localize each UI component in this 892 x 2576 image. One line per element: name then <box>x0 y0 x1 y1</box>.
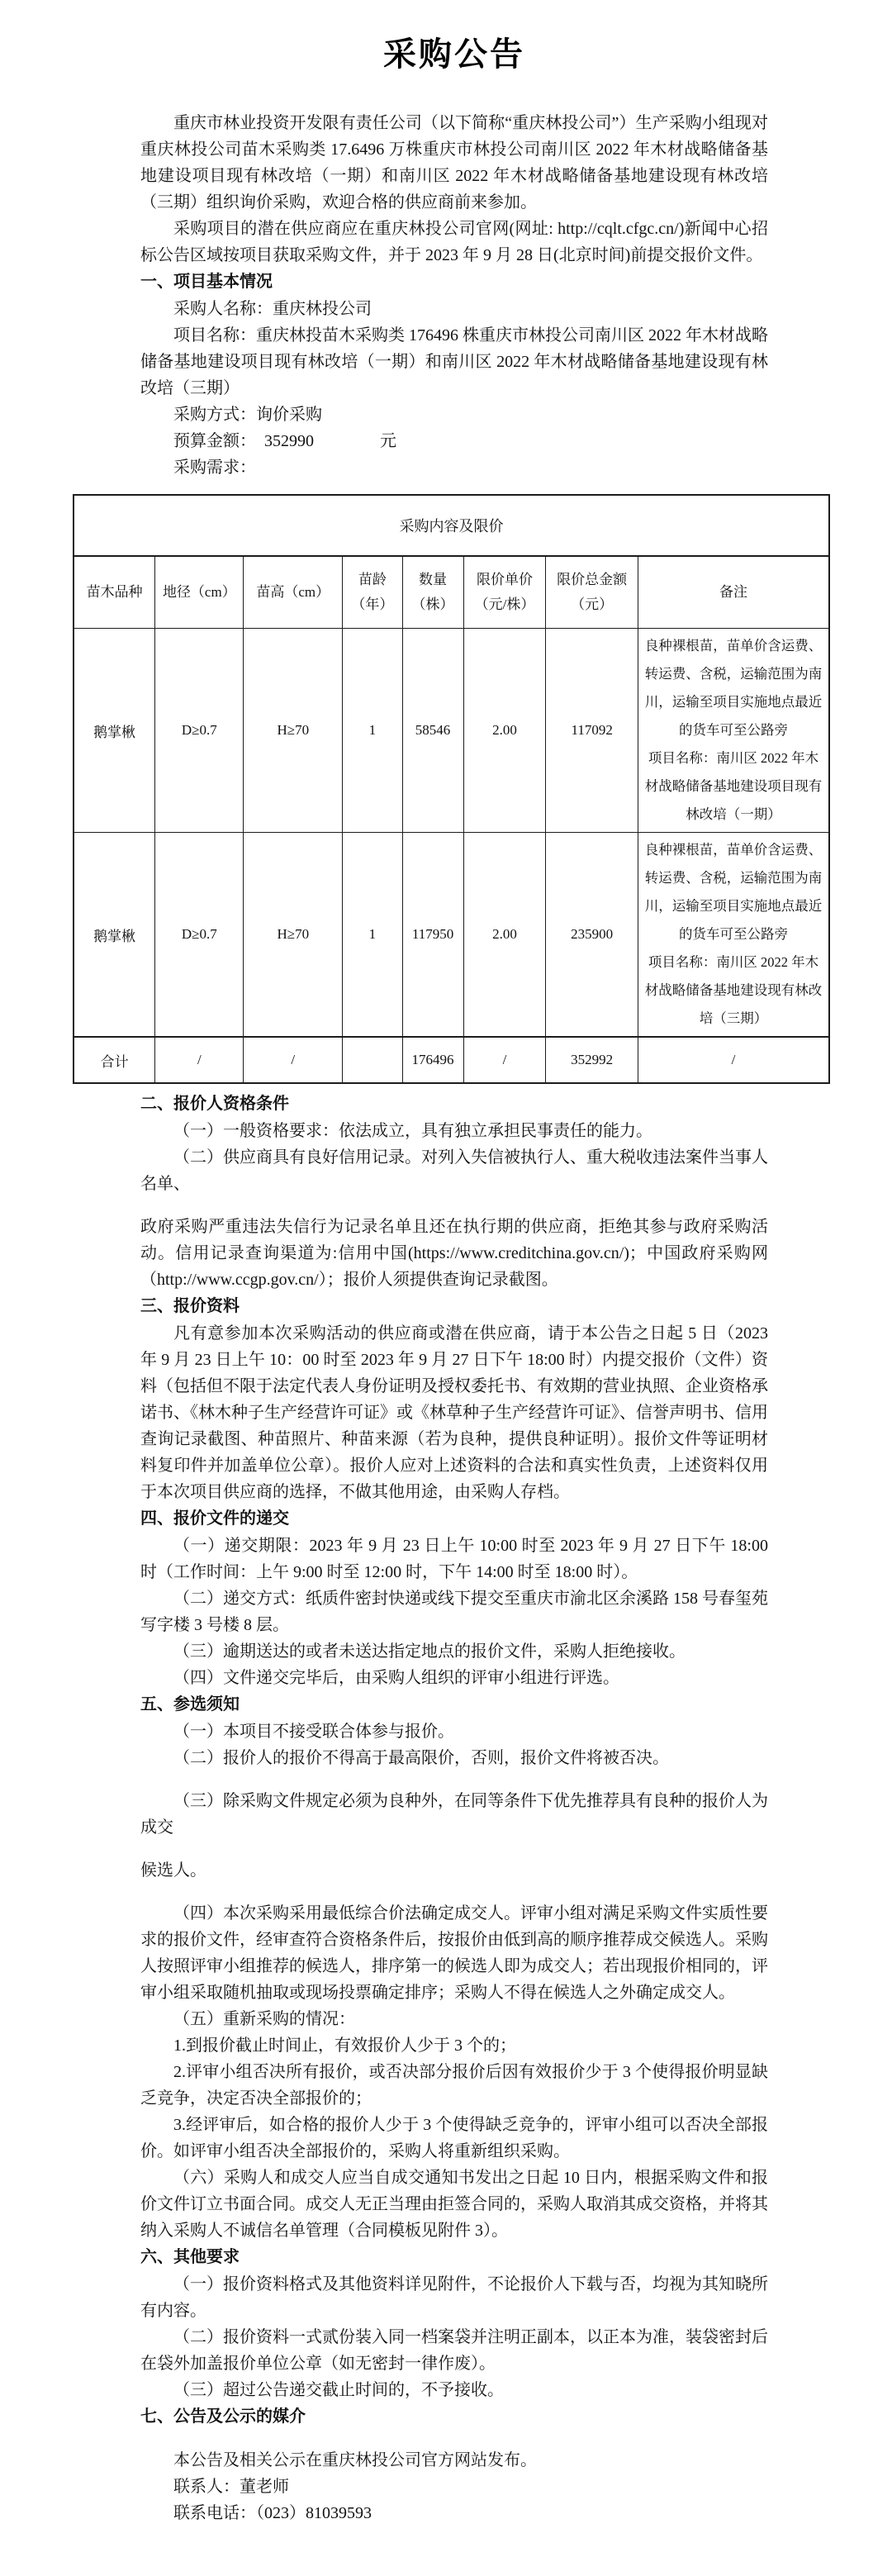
total-seedling-age <box>343 1037 402 1083</box>
cell-quantity: 58546 <box>402 629 463 833</box>
col-header-remark: 备注 <box>638 556 829 629</box>
section6-paragraph: （二）报价资料一式贰份装入同一档案袋并注明正副本，以正本为准，装袋密封后在袋外加… <box>140 2324 768 2377</box>
procurement-announcement-page: 采购公告 重庆市林业投资开发限有责任公司（以下简称“重庆林投公司”）生产采购小组… <box>0 0 892 2576</box>
cell-unit-price-limit: 2.00 <box>463 833 546 1038</box>
section3-paragraph: 凡有意参加本次采购活动的供应商或潜在供应商，请于本公告之日起 5 日（2023 … <box>140 1320 768 1505</box>
buyer-name-line: 采购人名称：重庆林投公司 <box>140 296 768 322</box>
section5-paragraph: （六）采购人和成交人应当自成交通知书发出之日起 10 日内，根据采购文件和报价文… <box>140 2165 768 2244</box>
table-total-row: 合计 / / 176496 / 352992 / <box>74 1037 829 1083</box>
table-caption-row: 采购内容及限价 <box>74 495 829 556</box>
intro-paragraph-1: 重庆市林业投资开发限有责任公司（以下简称“重庆林投公司”）生产采购小组现对重庆林… <box>140 110 768 216</box>
section5-subitem: 3.经评审后，如合格的报价人少于 3 个使得缺乏竞争的，评审小组可以否决全部报价… <box>140 2112 768 2165</box>
section5-paragraph: （四）本次采购采用最低综合价法确定成交人。评审小组对满足采购文件实质性要求的报价… <box>140 1900 768 2006</box>
section4-paragraph: （四）文件递交完毕后，由采购人组织的评审小组进行评选。 <box>140 1665 768 1691</box>
col-header-species: 苗木品种 <box>74 556 155 629</box>
section5-heading: 五、参选须知 <box>140 1691 768 1718</box>
cell-species: 鹅掌楸 <box>74 629 155 833</box>
section7-heading: 七、公告及公示的媒介 <box>140 2403 768 2431</box>
total-amount: 352992 <box>546 1037 638 1083</box>
section4-paragraph: （三）逾期送达的或者未送达指定地点的报价文件，采购人拒绝接收。 <box>140 1638 768 1665</box>
section7-paragraph: 本公告及相关公示在重庆林投公司官方网站发布。 <box>140 2447 768 2474</box>
table-caption: 采购内容及限价 <box>74 495 829 556</box>
section5-paragraph: 候选人。 <box>140 1857 768 1884</box>
purchase-demand-label: 采购需求： <box>140 454 768 481</box>
contact-person-line: 联系人：董老师 <box>140 2474 768 2500</box>
cell-total-price-limit: 235900 <box>546 833 638 1038</box>
cell-seedling-height: H≥70 <box>244 629 343 833</box>
cell-ground-diameter: D≥0.7 <box>155 833 244 1038</box>
intro-paragraph-2: 采购项目的潜在供应商应在重庆林投公司官网(网址: http://cqlt.cfg… <box>140 216 768 269</box>
cell-seedling-age: 1 <box>343 629 402 833</box>
table-row: 鹅掌楸 D≥0.7 H≥70 1 58546 2.00 117092 良种裸根苗… <box>74 629 829 833</box>
col-header-quantity: 数量 （株） <box>402 556 463 629</box>
contact-phone-line: 联系电话：（023）81039593 <box>140 2500 768 2526</box>
total-ground-diameter: / <box>155 1037 244 1083</box>
budget-amount-line: 预算金额： 352990 元 <box>140 428 768 454</box>
col-header-seedling-height: 苗高（cm） <box>244 556 343 629</box>
cell-remark: 良种裸根苗，苗单价含运费、转运费、含税，运输范围为南川，运输至项目实施地点最近的… <box>638 833 829 1038</box>
purchase-method-line: 采购方式：询价采购 <box>140 402 768 428</box>
col-header-seedling-age: 苗龄 （年） <box>343 556 402 629</box>
cell-seedling-age: 1 <box>343 833 402 1038</box>
section5-paragraph: （一）本项目不接受联合体参与报价。 <box>140 1718 768 1745</box>
section5-paragraph: （三）除采购文件规定必须为良种外，在同等条件下优先推荐具有良种的报价人为成交 <box>140 1788 768 1841</box>
purchase-content-price-table: 采购内容及限价 苗木品种 地径（cm） 苗高（cm） 苗龄 （年） 数量 （株）… <box>73 494 830 1084</box>
cell-seedling-height: H≥70 <box>244 833 343 1038</box>
section2-heading: 二、报价人资格条件 <box>140 1091 768 1118</box>
total-quantity: 176496 <box>402 1037 463 1083</box>
section5-subitem: 1.到报价截止时间止，有效报价人少于 3 个的； <box>140 2032 768 2059</box>
section4-paragraph: （二）递交方式：纸质件密封快递或线下提交至重庆市渝北区余溪路 158 号春玺苑写… <box>140 1585 768 1638</box>
section3-heading: 三、报价资料 <box>140 1293 768 1320</box>
section5-paragraph: （二）报价人的报价不得高于最高限价，否则，报价文件将被否决。 <box>140 1745 768 1771</box>
cell-quantity: 117950 <box>402 833 463 1038</box>
section6-paragraph: （三）超过公告递交截止时间的，不予接收。 <box>140 2377 768 2403</box>
cell-total-price-limit: 117092 <box>546 629 638 833</box>
col-header-total-price-limit: 限价总金额 （元） <box>546 556 638 629</box>
table-header-row: 苗木品种 地径（cm） 苗高（cm） 苗龄 （年） 数量 （株） 限价单价 （元… <box>74 556 829 629</box>
section2-paragraph: （一）一般资格要求：依法成立，具有独立承担民事责任的能力。 <box>140 1118 768 1144</box>
col-header-unit-price-limit: 限价单价 （元/株） <box>463 556 546 629</box>
col-header-ground-diameter: 地径（cm） <box>155 556 244 629</box>
total-remark: / <box>638 1037 829 1083</box>
cell-unit-price-limit: 2.00 <box>463 629 546 833</box>
section6-heading: 六、其他要求 <box>140 2244 768 2271</box>
project-name-line: 项目名称：重庆林投苗木采购类 176496 株重庆市林投公司南川区 2022 年… <box>140 322 768 402</box>
total-unit-price: / <box>463 1037 546 1083</box>
section2-paragraph: （二）供应商具有良好信用记录。对列入失信被执行人、重大税收违法案件当事人名单、 <box>140 1144 768 1197</box>
table-row: 鹅掌楸 D≥0.7 H≥70 1 117950 2.00 235900 良种裸根… <box>74 833 829 1038</box>
total-seedling-height: / <box>244 1037 343 1083</box>
section5-paragraph: （五）重新采购的情况： <box>140 2006 768 2032</box>
section5-subitem: 2.评审小组否决所有报价，或否决部分报价后因有效报价少于 3 个使得报价明显缺乏… <box>140 2059 768 2112</box>
section6-paragraph: （一）报价资料格式及其他资料详见附件，不论报价人下载与否，均视为其知晓所有内容。 <box>140 2271 768 2324</box>
section4-heading: 四、报价文件的递交 <box>140 1505 768 1533</box>
section1-heading: 一、项目基本情况 <box>140 269 768 296</box>
section2-paragraph: 政府采购严重违法失信行为记录名单且还在执行期的供应商，拒绝其参与政府采购活动。信… <box>140 1214 768 1293</box>
page-title: 采购公告 <box>140 28 768 75</box>
cell-ground-diameter: D≥0.7 <box>155 629 244 833</box>
section4-paragraph: （一）递交期限：2023 年 9 月 23 日上午 10:00 时至 2023 … <box>140 1533 768 1585</box>
total-label: 合计 <box>74 1037 155 1083</box>
cell-remark: 良种裸根苗，苗单价含运费、转运费、含税，运输范围为南川，运输至项目实施地点最近的… <box>638 629 829 833</box>
cell-species: 鹅掌楸 <box>74 833 155 1038</box>
